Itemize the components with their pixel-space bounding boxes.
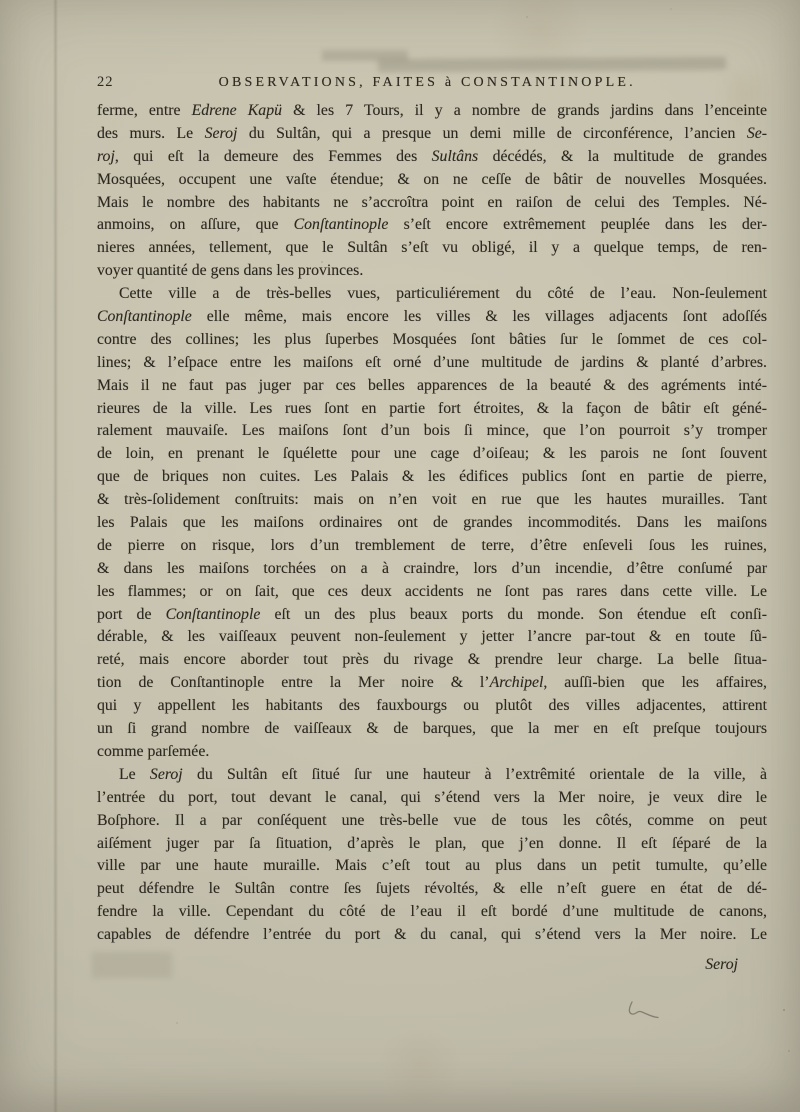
show-through-ghost bbox=[92, 952, 172, 978]
text-line: capables de défendre l’entrée du port & … bbox=[97, 924, 767, 947]
text-line: comme parſemée. bbox=[97, 741, 767, 764]
text-line: les Palais que les maiſons ordinaires on… bbox=[97, 512, 767, 535]
text-line: port de Conſtantinople eſt un des plus b… bbox=[97, 604, 767, 627]
text-line: lines; & l’eſpace entre les maiſons eſt … bbox=[97, 352, 767, 375]
running-title: OBSERVATIONS, FAITES à CONSTANTINOPLE. bbox=[114, 75, 742, 91]
fold-crease bbox=[53, 0, 58, 1112]
text-line: aiſément juger par ſa ſituation, d’après… bbox=[97, 833, 767, 856]
text-line: Conſtantinople elle même, mais encore le… bbox=[97, 306, 767, 329]
page-header: 22 OBSERVATIONS, FAITES à CONSTANTINOPLE… bbox=[97, 74, 767, 91]
text-line: & très-ſolidement conſtruits: mais on n’… bbox=[97, 489, 767, 512]
text-line: anmoins, on aſſure, que Conſtantinople s… bbox=[97, 214, 767, 237]
text-line: fendre la ville. Cependant du côté de l’… bbox=[97, 901, 767, 924]
text-line: Mais il ne faut pas juger par ces belles… bbox=[97, 375, 767, 398]
text-line: tion de Conſtantinople entre la Mer noir… bbox=[97, 672, 767, 695]
text-line: l’entrée du port, tout devant le canal, … bbox=[97, 787, 767, 810]
text-line: un ſi grand nombre de vaiſſeaux & de bar… bbox=[97, 718, 767, 741]
text-line: de pierre on risque, lors d’un trembleme… bbox=[97, 535, 767, 558]
text-line: les flammes; or on ſait, que ces deux ac… bbox=[97, 581, 767, 604]
catchword: Seroj bbox=[705, 956, 738, 974]
text-line: qui y appellent les habitants des fauxbo… bbox=[97, 695, 767, 718]
text-line: Boſphore. Il a par conſéquent une très-b… bbox=[97, 810, 767, 833]
text-line: Le Seroj du Sultân eſt ſitué ſur une hau… bbox=[97, 764, 767, 787]
text-line: ferme, entre Edrene Kapü & les 7 Tours, … bbox=[97, 100, 767, 123]
text-line: des murs. Le Seroj du Sultân, qui a pres… bbox=[97, 123, 767, 146]
text-line: voyer quantité de gens dans les province… bbox=[97, 260, 767, 283]
hair-mark bbox=[624, 1000, 668, 1028]
text-line: que de briques non cuites. Les Palais & … bbox=[97, 466, 767, 489]
text-block: ferme, entre Edrene Kapü & les 7 Tours, … bbox=[97, 100, 767, 947]
show-through-smudge-small bbox=[322, 50, 408, 61]
text-line: dérable, & les vaiſſeaux peuvent non-ſeu… bbox=[97, 626, 767, 649]
text-line: rieures de la ville. Les rues ſont en pa… bbox=[97, 398, 767, 421]
book-page: 22 OBSERVATIONS, FAITES à CONSTANTINOPLE… bbox=[0, 0, 800, 1112]
show-through-smudge bbox=[378, 57, 726, 72]
text-line: contre des collines; les plus ſuperbes M… bbox=[97, 329, 767, 352]
text-line: de loin, en prenant le ſquélette pour un… bbox=[97, 443, 767, 466]
text-line: & dans les maiſons torchées on a à crain… bbox=[97, 558, 767, 581]
text-line: peut défendre le Sultân contre ſes ſujet… bbox=[97, 878, 767, 901]
text-line: Mosquées, occupent une vaſte étendue; & … bbox=[97, 169, 767, 192]
text-line: Cette ville a de très-belles vues, parti… bbox=[97, 283, 767, 306]
text-line: ville par une haute muraille. Mais c’eſt… bbox=[97, 855, 767, 878]
text-line: reté, mais encore aborder tout près du r… bbox=[97, 649, 767, 672]
text-line: nieres années, tellement, que le Sultân … bbox=[97, 237, 767, 260]
text-line: ralement mauvaiſe. Les maiſons ſont d’un… bbox=[97, 420, 767, 443]
text-line: roj, qui eſt la demeure des Femmes des S… bbox=[97, 146, 767, 169]
page-number: 22 bbox=[97, 74, 114, 91]
text-line: Mais le nombre des habitants ne s’accroî… bbox=[97, 192, 767, 215]
